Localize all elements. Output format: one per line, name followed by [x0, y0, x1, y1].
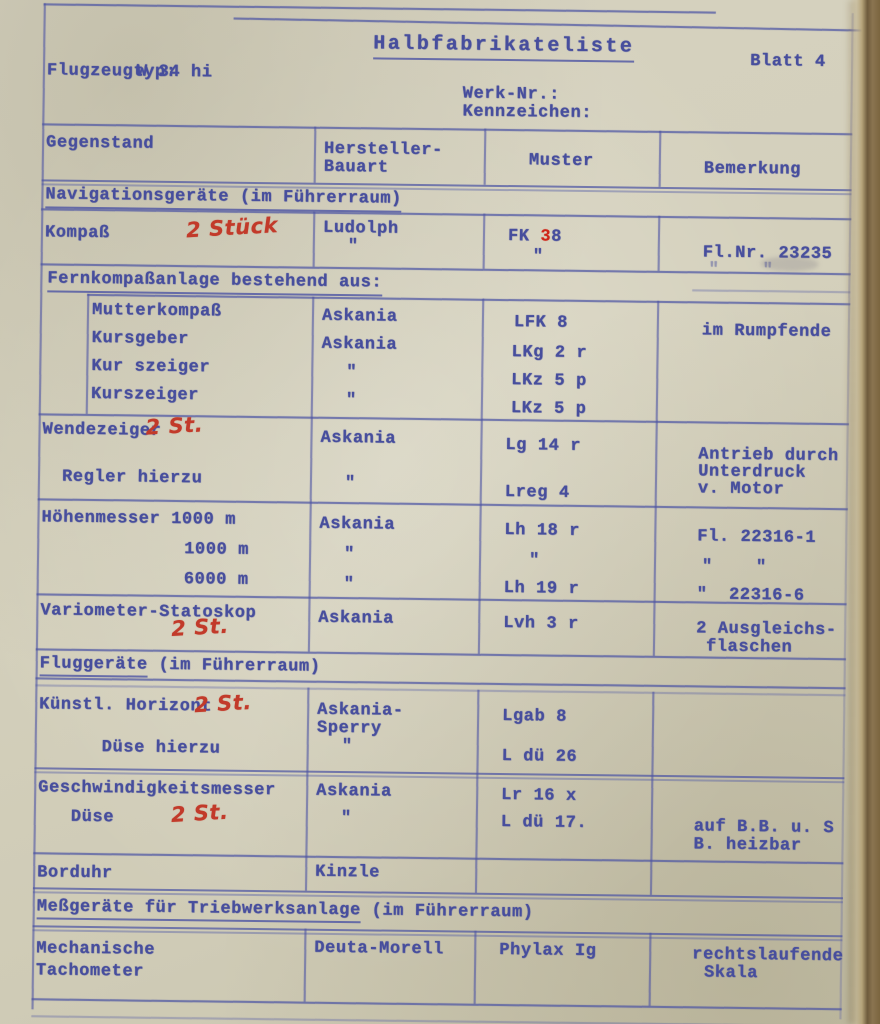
col-header-bemerkung: Bemerkung — [704, 159, 801, 181]
row-kursgeber-item: Kursgeber — [92, 329, 189, 351]
top-border-line-2 — [234, 17, 874, 31]
row-hoehenmesser1-bemerkung: Fl. 22316-1 — [697, 527, 816, 549]
section-fluggeraete: Fluggeräte (im Führerraum) — [40, 654, 321, 678]
wendezeiger-quantity-annotation: 2 St. — [145, 414, 204, 438]
row-duese-horizont-muster: L dü 26 — [501, 747, 577, 768]
row-duese-geschw-bemerkung-2: B. heizbar — [693, 835, 801, 857]
row-wendezeiger-item: Wendezeiger — [42, 420, 161, 442]
line-under-messgeraete — [33, 925, 843, 937]
row-variometer-muster: Lvh 3 r — [503, 614, 579, 635]
row-kursgeber-muster: LKg 2 r — [511, 343, 587, 364]
row-kurszeiger2-muster: LKz 5 p — [511, 399, 587, 420]
row-mutterkompass-item: Mutterkompaß — [92, 301, 222, 323]
col-divider-3-bottom — [649, 933, 652, 1006]
row-tachometer-bemerkung-2: Skala — [704, 964, 758, 985]
variometer-quantity-annotation: 2 St. — [171, 616, 230, 640]
row-kurszeiger2-item: Kurszeiger — [91, 385, 199, 407]
muster-prefix: FK — [508, 227, 541, 246]
row-duese-geschw-item: Düse — [71, 808, 114, 829]
sheet-number: Blatt 4 — [750, 52, 826, 73]
line-under-borduhr — [33, 887, 843, 899]
col-divider-3-header — [659, 131, 662, 187]
row-hoehenmesser2-hersteller-ditto: " — [344, 545, 355, 566]
row-duese-horizont-item: Düse hierzu — [102, 738, 221, 760]
section-fluggeraete-main: Fluggeräte — [40, 654, 148, 677]
section-fluggeraete-suffix: (im Führerraum) — [148, 656, 321, 677]
section-messgeraete: Meßgeräte für Triebwerksanlage (im Führe… — [37, 897, 534, 923]
row-horizont-item: Künstl. Horizont — [39, 695, 212, 718]
subtable-left-line — [86, 294, 89, 414]
row-hoehenmesser1-item: Höhenmesser 1000 m — [41, 508, 236, 531]
row-kurszeiger1-hersteller-ditto: " — [346, 363, 357, 384]
row-mutterkompass-bemerkung: im Rumpfende — [702, 321, 832, 343]
col-divider-2-header — [484, 129, 487, 185]
muster-red-digit: 3 — [540, 227, 551, 246]
row-hoehenmesser3-muster: Lh 19 r — [504, 579, 580, 600]
section-fernkompass: Fernkompaßanlage bestehend aus: — [47, 269, 382, 296]
line-under-tachometer — [32, 998, 842, 1010]
row-borduhr-hersteller: Kinzle — [315, 863, 380, 884]
col-divider-1-lower — [305, 688, 309, 891]
row-duese-horizont-hersteller-ditto: " — [342, 737, 353, 758]
row-hoehenmesser3-hersteller-ditto: " — [344, 575, 355, 596]
row-kompass-hersteller: Ludolph — [323, 219, 399, 240]
row-geschwindigkeitsmesser-muster: Lr 16 x — [501, 786, 577, 807]
row-hoehenmesser2-item: 1000 m — [184, 540, 249, 561]
col-divider-2-lower — [475, 690, 479, 893]
scanned-document-photo: Halbfabrikateliste Blatt 4 Flugzeugtyp: … — [0, 0, 880, 1024]
row-wendezeiger-muster: Lg 14 r — [505, 436, 581, 457]
col-divider-1-header — [314, 127, 317, 183]
section-messgeraete-suffix: (im Führerraum) — [361, 901, 534, 922]
line-under-navigation — [41, 208, 851, 220]
row-horizont-muster: Lgab 8 — [502, 707, 567, 728]
row-regler-muster: Lreg 4 — [505, 483, 570, 504]
bottom-partial-line — [31, 1015, 841, 1024]
row-duese-geschw-hersteller-ditto: " — [341, 809, 352, 830]
row-kursgeber-hersteller: Askania — [322, 335, 398, 356]
row-hoehenmesser3-item: 6000 m — [184, 570, 249, 591]
row-variometer-hersteller: Askania — [318, 609, 394, 630]
col-header-muster: Muster — [529, 151, 594, 172]
row-kurszeiger1-muster: LKz 5 p — [511, 371, 587, 392]
row-mutterkompass-muster: LFK 8 — [514, 313, 568, 334]
col-header-gegenstand: Gegenstand — [46, 133, 154, 155]
fernkompass-line-right — [692, 289, 850, 293]
col-divider-3-lower — [650, 692, 654, 895]
row-wendezeiger-hersteller: Askania — [320, 429, 396, 450]
left-border-line — [32, 3, 46, 1009]
row-kurszeiger1-item: Kur szeiger — [91, 357, 210, 379]
row-hoehenmesser2-bemerkung-ditto: " " — [702, 557, 767, 578]
row-tachometer-item-1: Mechanische — [36, 939, 155, 961]
row-kompass-muster-ditto: " — [533, 247, 544, 268]
row-duese-geschw-muster: L dü 17. — [501, 813, 588, 834]
line-under-horizont — [34, 767, 844, 779]
row-kompass-muster: FK 38 — [508, 227, 562, 248]
row-regler-item: Regler hierzu — [62, 468, 203, 490]
row-hoehenmesser1-hersteller: Askania — [319, 515, 395, 536]
page-title: Halbfabrikateliste — [373, 32, 634, 62]
col-divider-1-kompass — [313, 212, 316, 267]
muster-suffix: 8 — [551, 228, 562, 247]
document-sheet: Halbfabrikateliste Blatt 4 Flugzeugtyp: … — [0, 0, 880, 1024]
row-hoehenmesser2-muster-ditto: " — [529, 551, 540, 572]
row-kompass-item: Kompaß — [45, 223, 110, 244]
row-tachometer-item-2: Tachometer — [36, 961, 144, 983]
row-wendezeiger-bemerkung-3: v. Motor — [698, 479, 785, 500]
page-edge-binding — [850, 0, 880, 1024]
col-divider-3-kompass — [658, 216, 661, 271]
row-geschwindigkeitsmesser-hersteller: Askania — [316, 782, 392, 803]
row-borduhr-item: Borduhr — [37, 863, 113, 884]
section-messgeraete-main: Meßgeräte für Triebwerksanlage — [37, 897, 361, 923]
row-tachometer-muster: Phylax Ig — [499, 941, 596, 963]
row-kurszeiger2-hersteller-ditto: " — [346, 391, 357, 412]
row-geschwindigkeitsmesser-item: Geschwindigkeitsmesser — [38, 778, 276, 801]
col-divider-2-bottom — [474, 931, 477, 1004]
row-tachometer-hersteller: Deuta-Morell — [314, 939, 444, 961]
top-border-line — [44, 3, 716, 13]
duese-quantity-annotation: 2 St. — [170, 802, 229, 826]
kennzeichen-label: Kennzeichen: — [462, 102, 592, 124]
col-divider-1-bottom — [304, 929, 307, 1002]
horizont-quantity-annotation: 2 St. — [194, 692, 253, 716]
row-hoehenmesser1-muster: Lh 18 r — [504, 521, 580, 542]
row-regler-hersteller-ditto: " — [345, 474, 356, 495]
kompass-quantity-annotation: 2 Stück — [186, 215, 279, 241]
col-divider-2-kompass — [483, 214, 486, 269]
header-top-line — [42, 123, 852, 135]
col-header-hersteller-line2: Bauart — [324, 158, 389, 179]
aircraft-type-value: W 34 hi — [137, 63, 213, 84]
row-kompass-hersteller-ditto: " — [348, 237, 359, 258]
row-mutterkompass-hersteller: Askania — [322, 307, 398, 328]
